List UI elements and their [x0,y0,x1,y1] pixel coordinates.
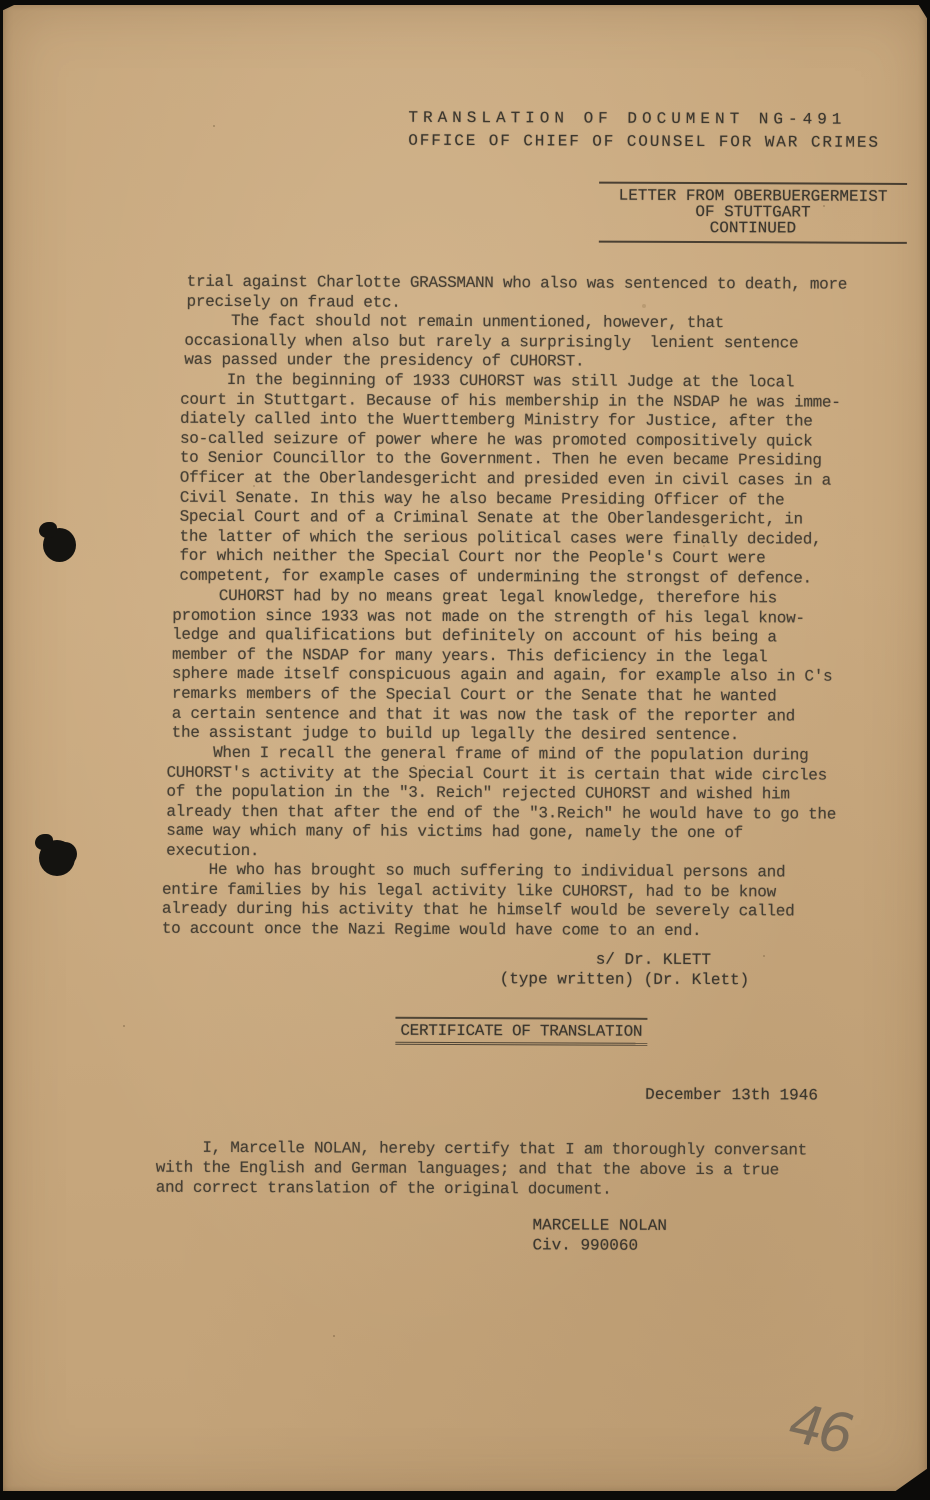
subject-stamp: LETTER FROM OBERBUERGERMEIST OF STUTTGAR… [599,182,907,244]
subject-stamp-text: LETTER FROM OBERBUERGERMEIST OF STUTTGAR… [618,188,887,237]
scanned-page-background: TRANSLATION OF DOCUMENT NG-491 OFFICE OF… [0,0,930,1500]
certificate-statement: I, Marcelle NOLAN, hereby certify that I… [156,1138,807,1201]
signature-block: s/ Dr. KLETT (type written) (Dr. Klett) [500,949,750,990]
typewritten-layer: TRANSLATION OF DOCUMENT NG-491 OFFICE OF… [0,3,928,1493]
certificate-of-translation-heading: CERTIFICATE OF TRANSLATION [395,1017,647,1046]
body-paragraph: When I recall the general frame of mind … [166,744,836,864]
punch-hole-bottom [39,840,75,876]
body-paragraph: CUHORST had by no means great legal know… [172,587,833,747]
certificate-date: December 13th 1946 [645,1086,818,1105]
body-paragraph: He who has brought so much suffering to … [162,861,795,942]
document-header: TRANSLATION OF DOCUMENT NG-491 OFFICE OF… [408,107,880,155]
translator-name-block: MARCELLE NOLAN Civ. 990060 [532,1215,667,1256]
body-paragraph: The fact should not remain unmentioned, … [184,312,798,373]
document-office-line: OFFICE OF CHIEF OF COUNSEL FOR WAR CRIME… [408,130,880,155]
body-paragraph: trial against Charlotte GRASSMANN who al… [187,273,848,315]
punch-hole-top [43,528,76,562]
body-paragraph: In the beginning of 1933 CUHORST was sti… [179,371,840,589]
paper-speckles [3,5,5,7]
paper-sheet: TRANSLATION OF DOCUMENT NG-491 OFFICE OF… [3,5,927,1491]
document-title-line: TRANSLATION OF DOCUMENT NG-491 [408,107,880,132]
